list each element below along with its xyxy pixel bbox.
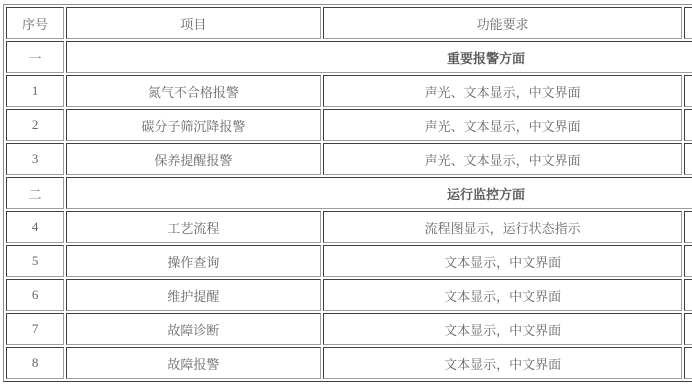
col-header-extra bbox=[684, 7, 692, 39]
row-item: 氮气不合格报警 bbox=[66, 75, 321, 107]
row-requirement: 文本显示，中文界面 bbox=[323, 245, 683, 277]
table-row: 7故障诊断文本显示，中文界面 bbox=[6, 313, 692, 345]
row-extra-cell bbox=[684, 143, 692, 175]
table-body: 一重要报警方面1氮气不合格报警声光、文本显示，中文界面2碳分子筛沉降报警声光、文… bbox=[6, 41, 692, 379]
table-row: 1氮气不合格报警声光、文本显示，中文界面 bbox=[6, 75, 692, 107]
row-number: 7 bbox=[6, 313, 64, 345]
section-row: 二运行监控方面 bbox=[6, 177, 692, 209]
row-number: 2 bbox=[6, 109, 64, 141]
row-number: 5 bbox=[6, 245, 64, 277]
table-row: 8故障报警文本显示，中文界面 bbox=[6, 347, 692, 379]
row-item: 操作查询 bbox=[66, 245, 321, 277]
row-requirement: 流程图显示，运行状态指示 bbox=[323, 211, 683, 243]
section-index: 一 bbox=[6, 41, 64, 73]
table-row: 4工艺流程流程图显示，运行状态指示 bbox=[6, 211, 692, 243]
row-number: 6 bbox=[6, 279, 64, 311]
row-item: 维护提醒 bbox=[66, 279, 321, 311]
row-extra-cell bbox=[684, 313, 692, 345]
row-number: 8 bbox=[6, 347, 64, 379]
row-requirement: 文本显示，中文界面 bbox=[323, 279, 683, 311]
col-header-requirement: 功能要求 bbox=[323, 7, 683, 39]
document-page: 序号 项目 功能要求 一重要报警方面1氮气不合格报警声光、文本显示，中文界面2碳… bbox=[0, 0, 692, 390]
col-header-item: 项目 bbox=[66, 7, 321, 39]
row-extra-cell bbox=[684, 279, 692, 311]
table-row: 2碳分子筛沉降报警声光、文本显示，中文界面 bbox=[6, 109, 692, 141]
row-item: 工艺流程 bbox=[66, 211, 321, 243]
row-extra-cell bbox=[684, 109, 692, 141]
table-row: 6维护提醒文本显示，中文界面 bbox=[6, 279, 692, 311]
table-row: 3保养提醒报警声光、文本显示，中文界面 bbox=[6, 143, 692, 175]
section-title: 运行监控方面 bbox=[66, 177, 692, 209]
table-row: 5操作查询文本显示，中文界面 bbox=[6, 245, 692, 277]
row-requirement: 声光、文本显示，中文界面 bbox=[323, 75, 683, 107]
row-requirement: 声光、文本显示，中文界面 bbox=[323, 143, 683, 175]
row-item: 碳分子筛沉降报警 bbox=[66, 109, 321, 141]
row-number: 1 bbox=[6, 75, 64, 107]
col-header-number: 序号 bbox=[6, 7, 64, 39]
header-row: 序号 项目 功能要求 bbox=[6, 7, 692, 39]
row-extra-cell bbox=[684, 211, 692, 243]
row-extra-cell bbox=[684, 347, 692, 379]
section-index: 二 bbox=[6, 177, 64, 209]
row-number: 3 bbox=[6, 143, 64, 175]
row-extra-cell bbox=[684, 75, 692, 107]
row-item: 故障诊断 bbox=[66, 313, 321, 345]
section-row: 一重要报警方面 bbox=[6, 41, 692, 73]
section-title: 重要报警方面 bbox=[66, 41, 692, 73]
row-item: 故障报警 bbox=[66, 347, 321, 379]
row-number: 4 bbox=[6, 211, 64, 243]
row-requirement: 文本显示，中文界面 bbox=[323, 313, 683, 345]
requirements-table: 序号 项目 功能要求 一重要报警方面1氮气不合格报警声光、文本显示，中文界面2碳… bbox=[3, 4, 692, 382]
row-item: 保养提醒报警 bbox=[66, 143, 321, 175]
row-extra-cell bbox=[684, 245, 692, 277]
row-requirement: 声光、文本显示，中文界面 bbox=[323, 109, 683, 141]
row-requirement: 文本显示，中文界面 bbox=[323, 347, 683, 379]
